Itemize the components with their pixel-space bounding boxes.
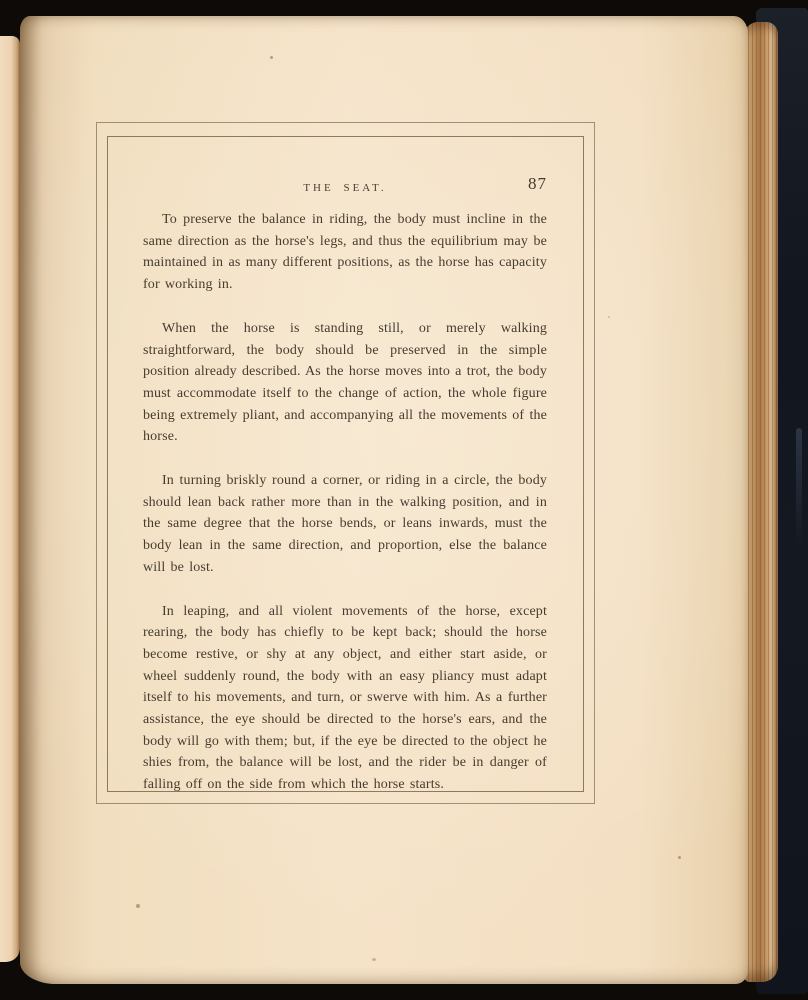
- foxing-spot: [678, 856, 681, 859]
- book-page: THE SEAT. 87 To preserve the balance in …: [20, 16, 748, 984]
- foxing-spot: [136, 904, 140, 908]
- paragraph-leaping: In leaping, and all violent movements of…: [143, 601, 547, 796]
- foxing-spot: [608, 316, 610, 318]
- facing-page-edge: [0, 36, 20, 962]
- foxing-spot: [372, 958, 376, 961]
- page-number: 87: [528, 173, 547, 195]
- paragraph-standing-still: When the horse is standing still, or mer…: [143, 318, 547, 448]
- foxing-spot: [270, 56, 273, 59]
- page-text-block: THE SEAT. 87 To preserve the balance in …: [143, 177, 547, 796]
- book-photograph: THE SEAT. 87 To preserve the balance in …: [0, 0, 808, 1000]
- cover-sheen-highlight: [796, 428, 802, 548]
- page-stack-fore-edge: [744, 22, 778, 982]
- paragraph-turning-briskly: In turning briskly round a corner, or ri…: [143, 470, 547, 579]
- running-title: THE SEAT.: [303, 182, 386, 194]
- page-header: THE SEAT. 87: [143, 177, 547, 197]
- paragraph-balance-in-riding: To preserve the balance in riding, the b…: [143, 209, 547, 296]
